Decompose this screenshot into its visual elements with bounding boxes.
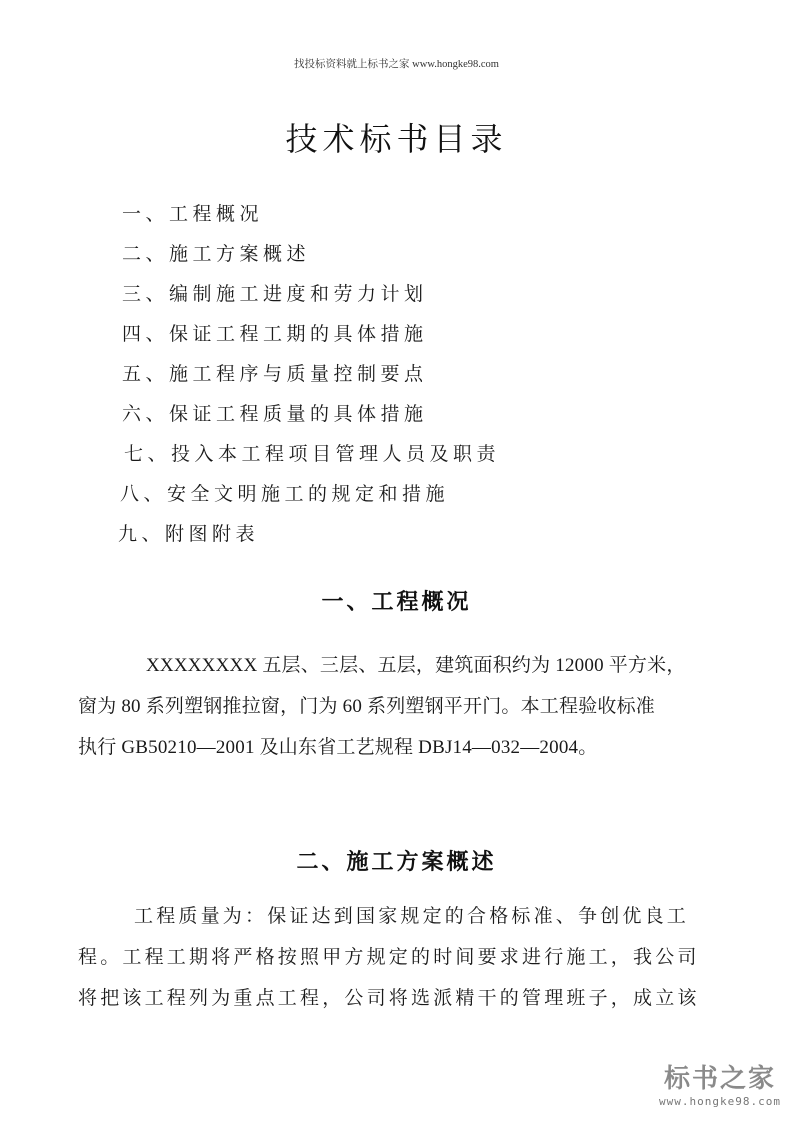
toc-item-1: 一、工程概况 [118,200,500,240]
header-site-text: 找投标资料就上标书之家 www.hongke98.com [0,56,793,71]
watermark-brand: 标书之家 [650,1064,790,1094]
toc-item-8: 八、安全文明施工的规定和措施 [118,480,500,520]
toc-item-4: 四、保证工程工期的具体措施 [118,320,500,360]
section-body-construction-plan: 工程质量为：保证达到国家规定的合格标准、争创优良工 程。工程工期将严格按照甲方规… [78,902,718,1025]
watermark-url: www.hongke98.com [650,1094,790,1110]
document-title: 技术标书目录 [0,114,793,160]
paragraph-line: 窗为 80 系列塑钢推拉窗，门为 60 系列塑钢平开门。本工程验收标准 [78,692,718,733]
toc-item-6: 六、保证工程质量的具体措施 [118,400,500,440]
paragraph-line: 执行 GB50210—2001 及山东省工艺规程 DBJ14—032—2004。 [78,733,718,774]
paragraph-line: XXXXXXXX 五层、三层、五层，建筑面积约为 12000 平方米， [78,651,718,692]
section-body-overview: XXXXXXXX 五层、三层、五层，建筑面积约为 12000 平方米， 窗为 8… [78,651,718,774]
section-heading-overview: 一、工程概况 [0,585,793,616]
toc-item-9: 九、附图附表 [118,520,500,560]
section-heading-construction-plan: 二、施工方案概述 [0,845,793,876]
toc-item-5: 五、施工程序与质量控制要点 [118,360,500,400]
watermark-logo: 标书之家 www.hongke98.com [650,1064,790,1110]
toc-item-2: 二、施工方案概述 [118,240,500,280]
paragraph-line: 程。工程工期将严格按照甲方规定的时间要求进行施工，我公司 [78,943,718,984]
toc-item-7: 七、投入本工程项目管理人员及职责 [118,440,500,480]
table-of-contents: 一、工程概况 二、施工方案概述 三、编制施工进度和劳力计划 四、保证工程工期的具… [118,200,500,560]
paragraph-line: 将把该工程列为重点工程，公司将选派精干的管理班子，成立该 [78,984,718,1025]
paragraph-line: 工程质量为：保证达到国家规定的合格标准、争创优良工 [78,902,718,943]
toc-item-3: 三、编制施工进度和劳力计划 [118,280,500,320]
